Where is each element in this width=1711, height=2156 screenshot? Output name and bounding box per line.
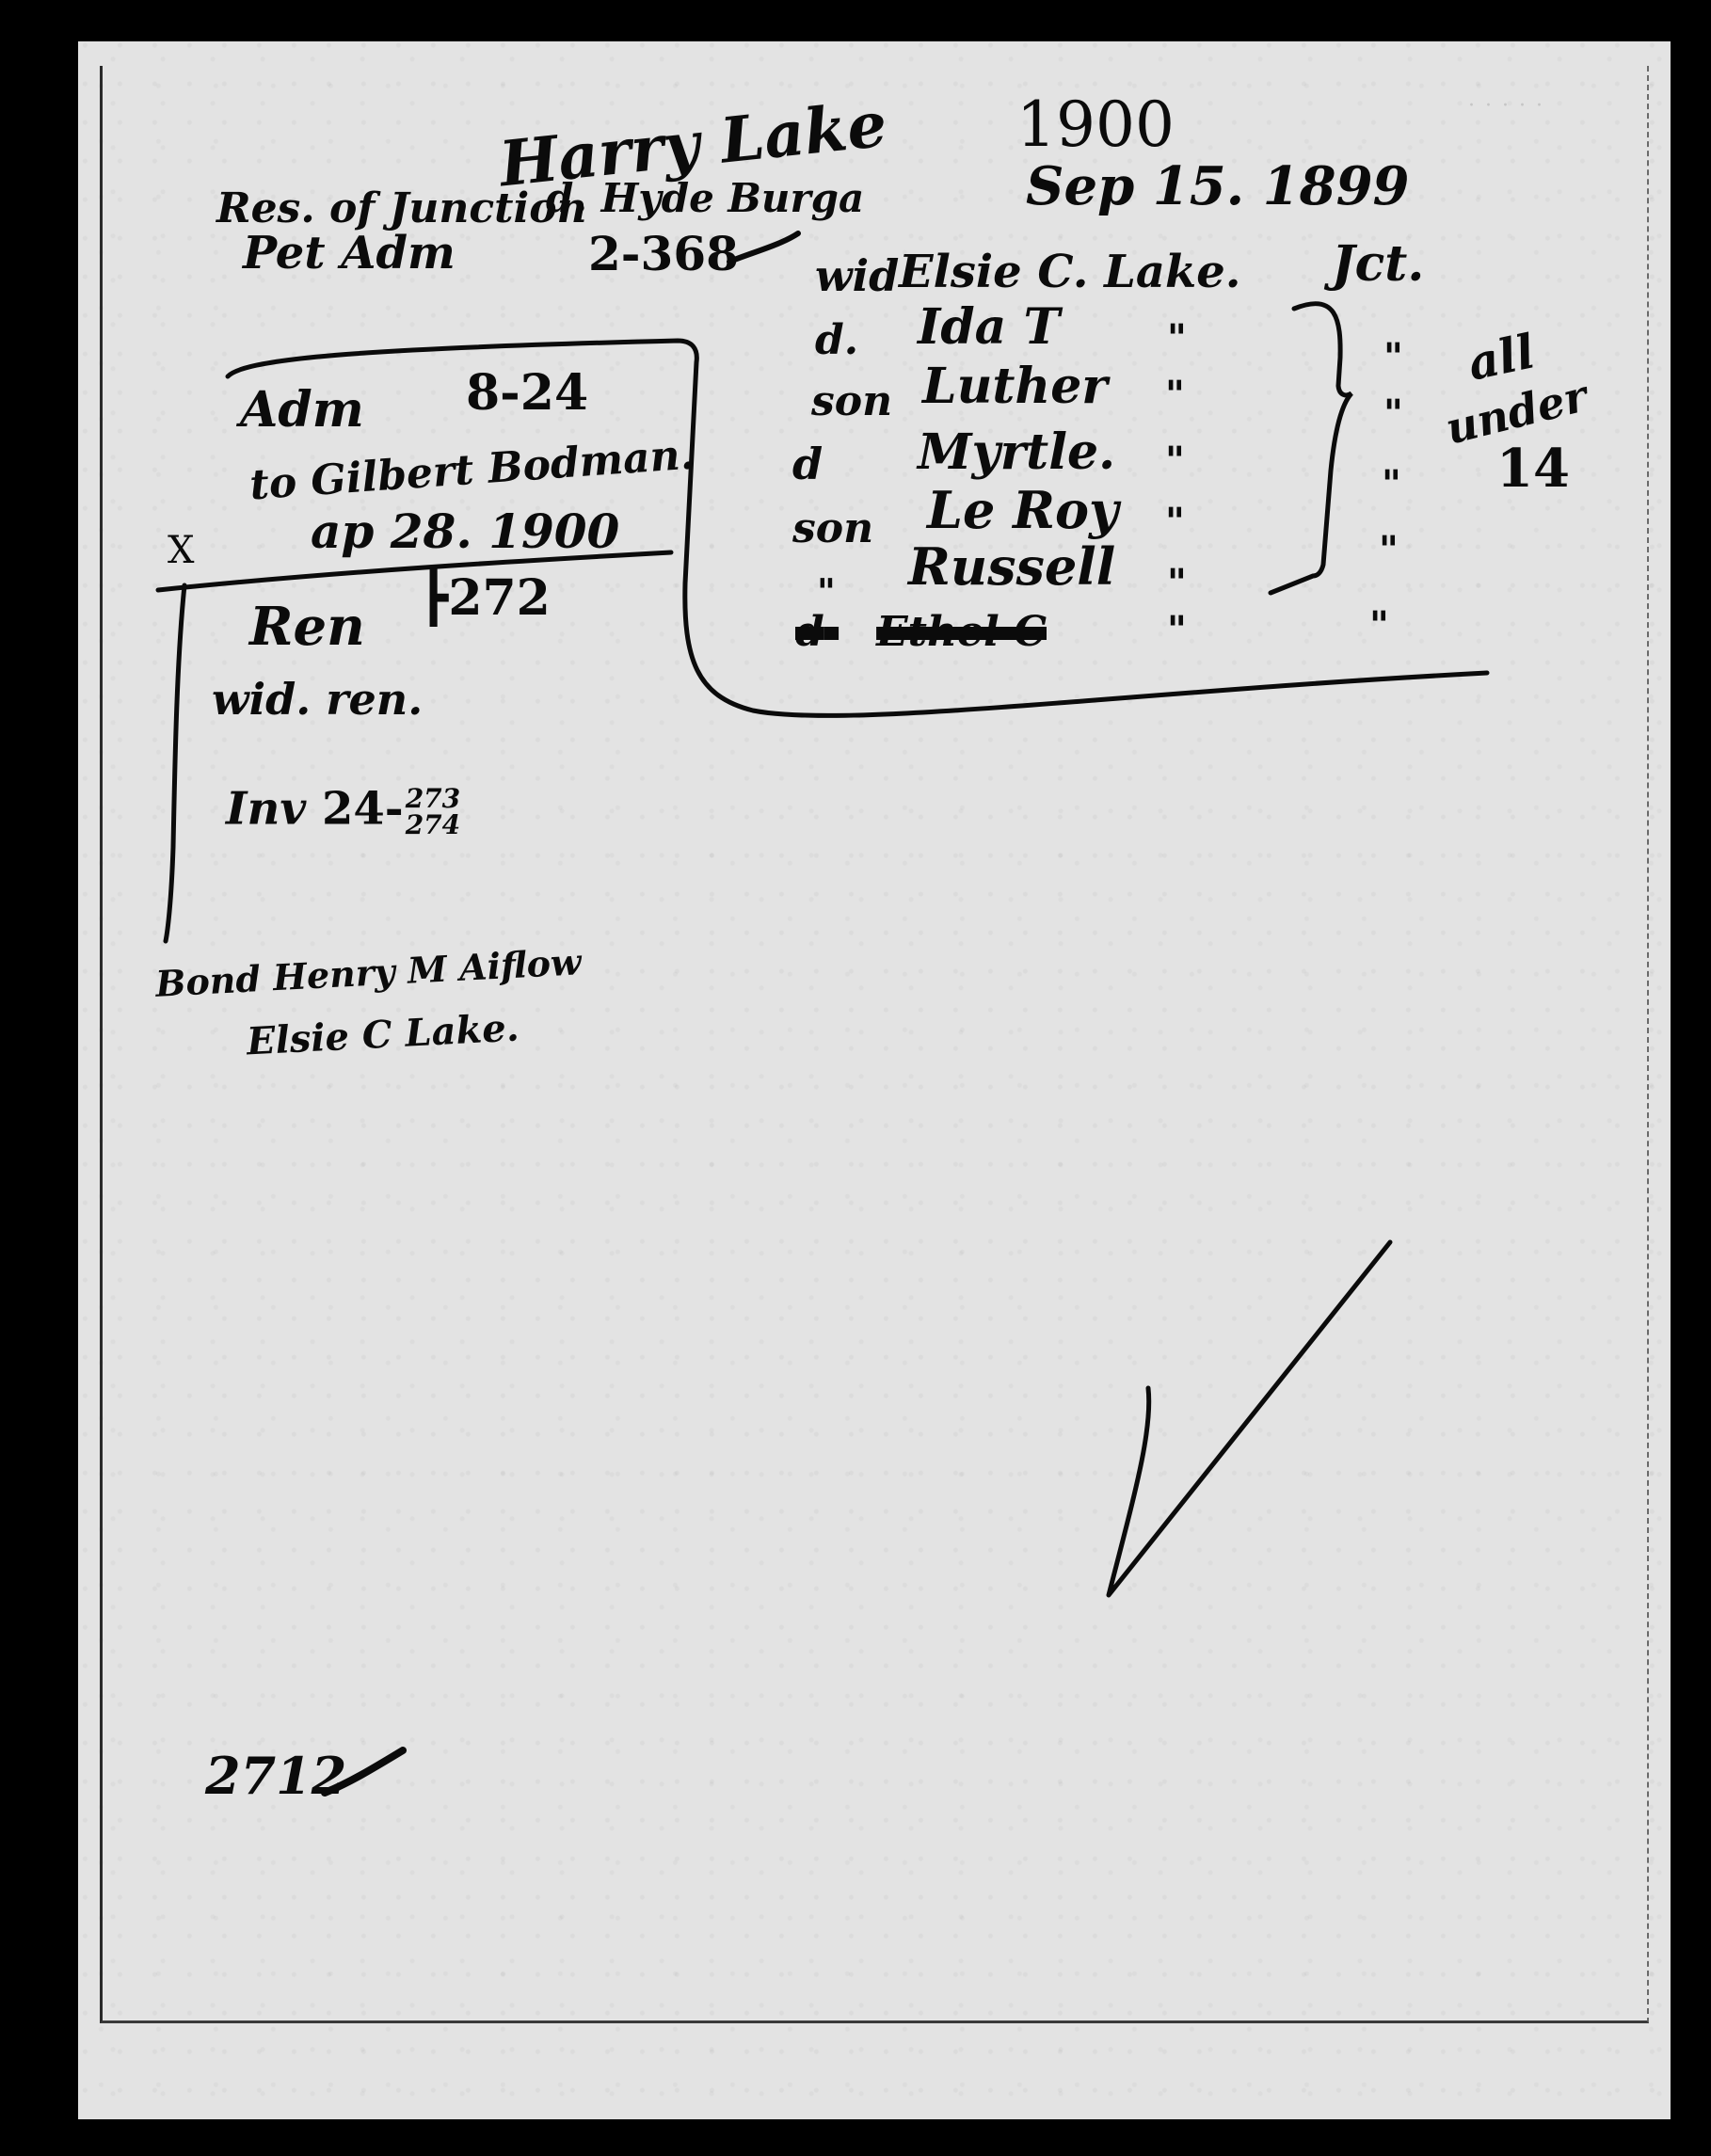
- heir-residence-ditto: ": [1383, 395, 1403, 433]
- inventory-ref: 24-: [322, 783, 404, 836]
- heir-name: Luther: [922, 362, 1108, 411]
- heir-ditto: ": [1165, 376, 1185, 414]
- heirs-note-line-1: all: [1464, 327, 1539, 388]
- heir-relation: wid: [815, 254, 899, 297]
- heir-relation: son: [811, 381, 892, 423]
- heir-name: Ida T: [918, 303, 1060, 352]
- bond-label: Bond: [154, 957, 262, 1005]
- heirs-note-line-3: 14: [1496, 442, 1570, 495]
- heir-struck-entry: d Ethel C: [795, 612, 1047, 653]
- died-date: Sep 15. 1899: [1026, 160, 1410, 213]
- heir-relation: d: [792, 442, 823, 486]
- heir-name: Le Roy: [927, 485, 1118, 535]
- heir-residence-ditto: ": [1383, 339, 1403, 376]
- inventory-label: Inv: [226, 783, 306, 836]
- heir-ditto: ": [1167, 565, 1187, 602]
- heir-name: Elsie C. Lake.: [899, 249, 1240, 295]
- admin-label: Adm: [240, 386, 364, 435]
- heir-residence-ditto: ": [1369, 607, 1389, 645]
- heir-residence-ditto: ": [1379, 532, 1399, 569]
- admin-date: ap 28. 1900: [311, 508, 619, 555]
- heir-relation: ": [817, 574, 836, 610]
- heir-ditto: ": [1167, 320, 1187, 358]
- heir-ditto: ": [1167, 612, 1187, 649]
- admin-ref: 8-24: [466, 369, 588, 418]
- ren-label: Ren: [249, 600, 365, 653]
- inventory-pages: 273274: [406, 786, 460, 838]
- proceeding-type: Pet Adm: [243, 231, 456, 276]
- file-number: 2712: [205, 1750, 346, 1801]
- heir-residence-ditto: ": [1382, 466, 1401, 503]
- residence: Res. of Junction: [216, 188, 587, 230]
- widow-renounced: wid. ren.: [212, 678, 423, 721]
- heir-ditto: ": [1165, 503, 1185, 541]
- ren-ref: ┣272: [419, 574, 551, 623]
- heir-relation: son: [792, 508, 873, 550]
- proceeding-ref: 2-368: [588, 231, 739, 278]
- cross-mark: X: [168, 532, 194, 569]
- heir-residence-header: Jct.: [1332, 240, 1424, 289]
- heir-ditto: ": [1165, 442, 1185, 480]
- inventory-entry: Inv 24-273274: [226, 786, 460, 838]
- faded-print-text: · · · · ·: [1468, 94, 1544, 118]
- ren-ref-number: 272: [448, 569, 551, 627]
- year: 1900: [1016, 94, 1175, 156]
- inventory-page-bottom: 274: [406, 812, 460, 838]
- heir-relation: d: [795, 608, 824, 656]
- heir-relation: d.: [815, 320, 858, 361]
- heir-name: Myrtle.: [918, 428, 1115, 477]
- died-label: d. Hyde Burga: [546, 179, 864, 218]
- heir-name: Russell: [908, 541, 1115, 592]
- heir-name: Ethel C: [876, 608, 1047, 656]
- inventory-page-top: 273: [406, 786, 460, 812]
